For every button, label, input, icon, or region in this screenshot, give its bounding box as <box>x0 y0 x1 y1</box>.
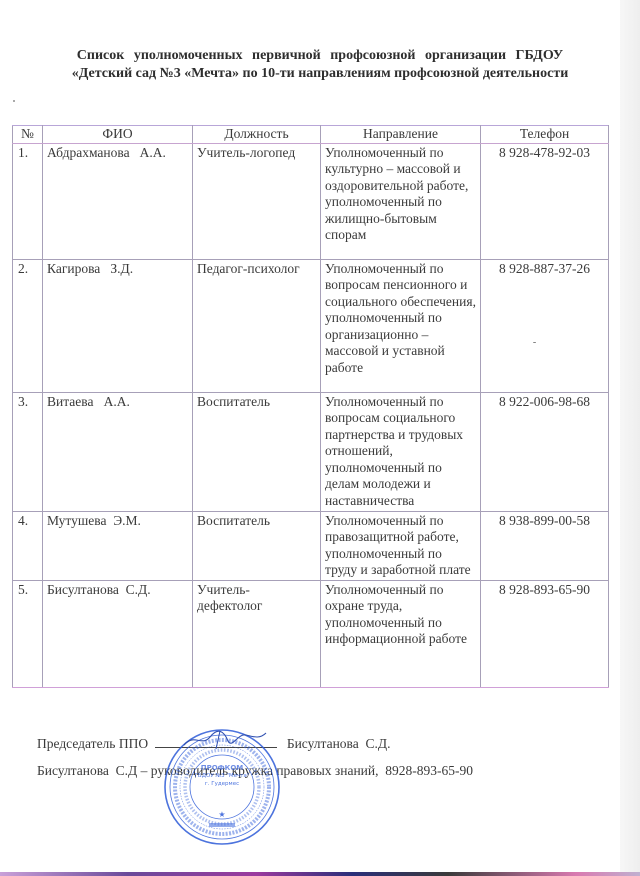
row-number: 3. <box>13 392 43 511</box>
table-row: 4. Мутушева Э.М. Воспитатель Уполномочен… <box>13 511 609 580</box>
header-phone: Телефон <box>481 126 609 144</box>
row-position: Воспитатель <box>193 511 321 580</box>
document-title: Список уполномоченных первичной профсоюз… <box>0 47 640 83</box>
row-phone: 8 922-006-98-68 <box>481 392 609 511</box>
row-phone-cell: 8 928-887-37-26 - <box>481 259 609 392</box>
chair-signature-line: Председатель ППО Бисултанова С.Д. <box>37 736 390 752</box>
row-position: Учитель-логопед <box>193 143 321 259</box>
row-position: Педагог-психолог <box>193 259 321 392</box>
row-fio: Абдрахманова А.А. <box>43 143 193 259</box>
row-phone: 8 928-887-37-26 <box>499 261 590 276</box>
row-fio: Кагирова З.Д. <box>43 259 193 392</box>
row-phone: 8 928-893-65-90 <box>481 580 609 687</box>
title-line-1: Список уполномоченных первичной профсоюз… <box>0 47 640 65</box>
row-number: 5. <box>13 580 43 687</box>
signature-underline <box>155 737 277 748</box>
row-number: 4. <box>13 511 43 580</box>
chair-label: Председатель ППО <box>37 736 148 751</box>
row-position: Воспитатель <box>193 392 321 511</box>
scan-speck <box>13 100 15 102</box>
scan-bottom-edge <box>0 872 640 876</box>
header-number: № <box>13 126 43 144</box>
title-line-2: «Детский сад №3 «Мечта» по 10-ти направл… <box>0 65 640 83</box>
svg-text:★: ★ <box>218 810 225 819</box>
table-row: 1. Абдрахманова А.А. Учитель-логопед Упо… <box>13 143 609 259</box>
representatives-table: № ФИО Должность Направление Телефон 1. А… <box>12 125 609 688</box>
header-fio: ФИО <box>43 126 193 144</box>
table-row: 3. Витаева А.А. Воспитатель Уполномоченн… <box>13 392 609 511</box>
table-row: 5. Бисултанова С.Д. Учитель-дефектолог У… <box>13 580 609 687</box>
row-fio: Витаева А.А. <box>43 392 193 511</box>
header-position: Должность <box>193 126 321 144</box>
table-row: 2. Кагирова З.Д. Педагог-психолог Уполно… <box>13 259 609 392</box>
row-fio: Бисултанова С.Д. <box>43 580 193 687</box>
row-direction: Уполномоченный по охране труда, уполномо… <box>321 580 481 687</box>
chair-name: Бисултанова С.Д. <box>287 736 391 751</box>
stamp-city: г. Гудермес <box>162 781 282 787</box>
row-number: 2. <box>13 259 43 392</box>
row-position: Учитель-дефектолог <box>193 580 321 687</box>
row-direction: Уполномоченный по вопросам пенсионного и… <box>321 259 481 392</box>
header-direction: Направление <box>321 126 481 144</box>
row-number: 1. <box>13 143 43 259</box>
club-leader-line: Бисултанова С.Д – руководитель кружка пр… <box>37 763 473 779</box>
scan-edge-shading <box>620 0 640 872</box>
row-direction: Уполномоченный по культурно – массовой и… <box>321 143 481 259</box>
row-direction: Уполномоченный по правозащитной работе, … <box>321 511 481 580</box>
row-phone: 8 938-899-00-58 <box>481 511 609 580</box>
row-fio: Мутушева Э.М. <box>43 511 193 580</box>
stray-dash-mark: - <box>485 335 604 352</box>
row-direction: Уполномоченный по вопросам социального п… <box>321 392 481 511</box>
table-header-row: № ФИО Должность Направление Телефон <box>13 126 609 144</box>
row-phone: 8 928-478-92-03 <box>481 143 609 259</box>
